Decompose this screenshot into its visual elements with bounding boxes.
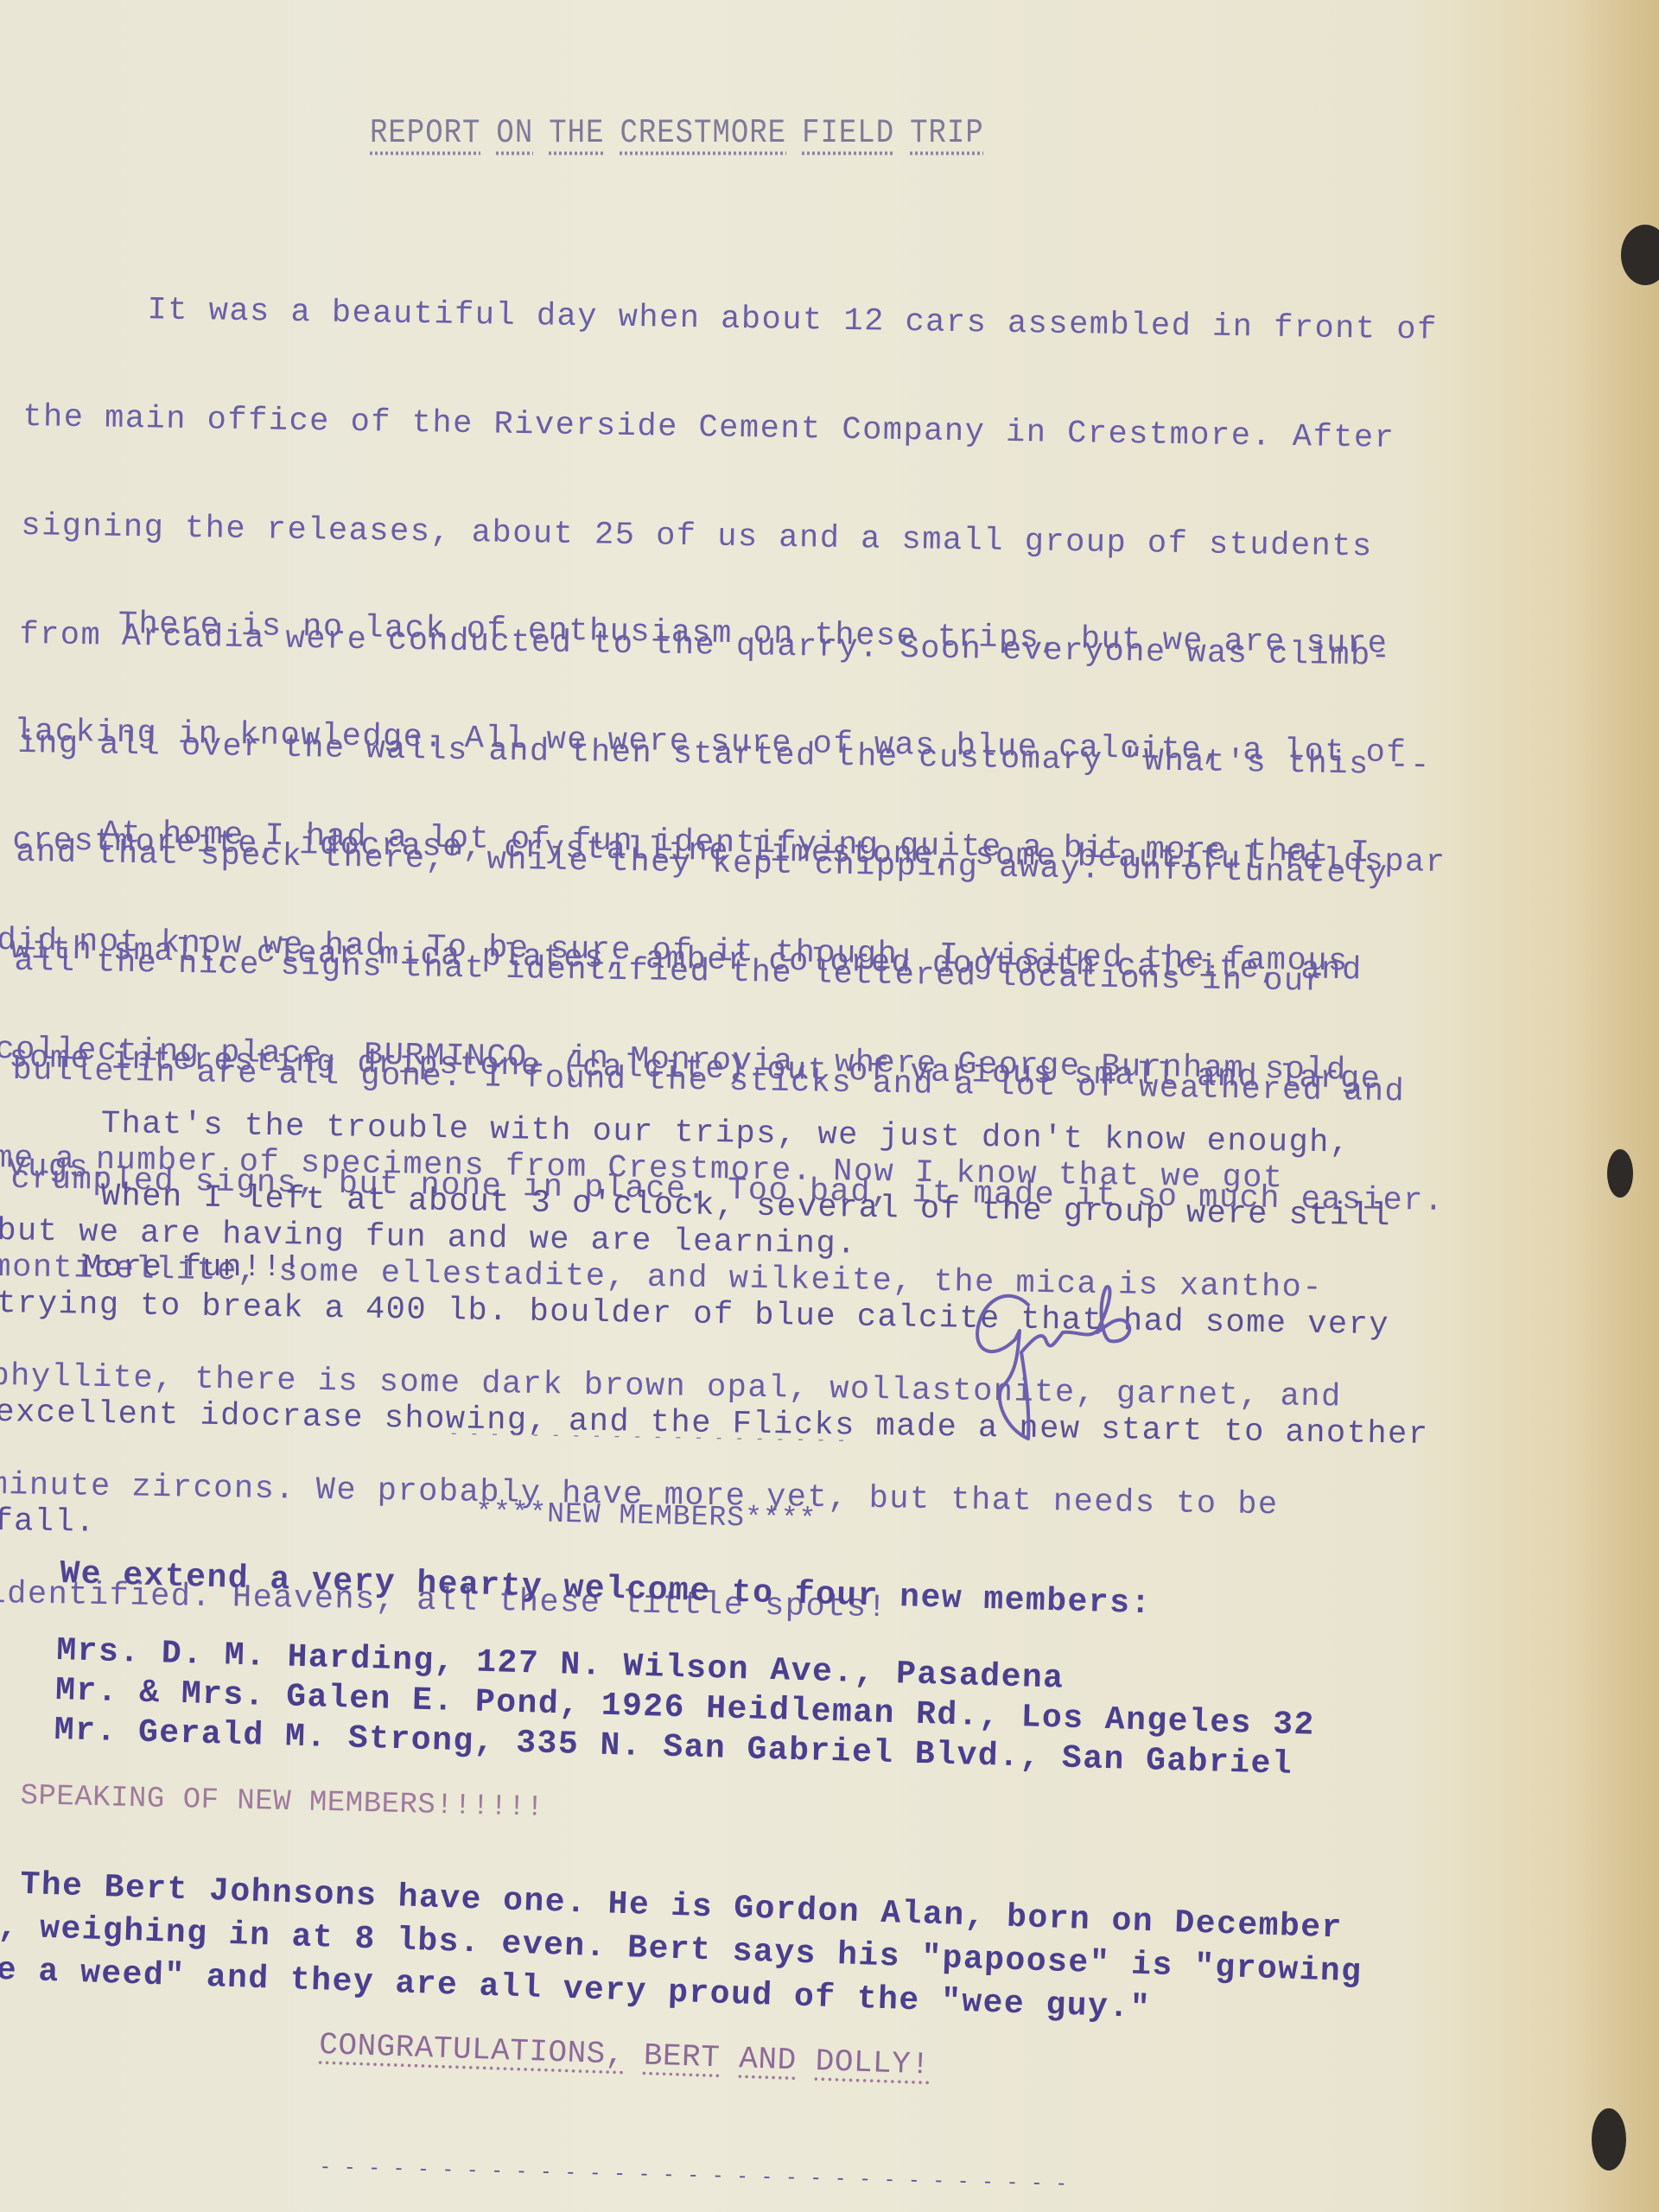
- paper-edge-shadow: [1581, 0, 1659, 2212]
- report-title: REPORTONTHECRESTMOREFIELDTRIP: [370, 115, 1000, 153]
- congrats-word: CONGRATULATIONS,: [319, 2027, 626, 2073]
- bottom-divider: - - - - - - - - - - - - - - - - - - - - …: [319, 2157, 1068, 2196]
- congratulations-line: CONGRATULATIONS, BERT AND DOLLY!: [319, 2027, 931, 2082]
- title-word: TRIP: [910, 115, 984, 153]
- handwritten-signature: [968, 1279, 1210, 1452]
- text-line: trying to break a 400 lb. boulder of blu…: [0, 1286, 1431, 1344]
- text-line: It was a beautiful day when about 12 car…: [24, 290, 1459, 349]
- title-word: FIELD: [802, 115, 894, 153]
- binder-hole: [1592, 2108, 1626, 2171]
- typed-document-page: REPORTONTHECRESTMOREFIELDTRIP It was a b…: [0, 0, 1659, 2212]
- congrats-word: AND: [739, 2041, 798, 2078]
- title-word: ON: [496, 115, 533, 153]
- title-word: CRESTMORE: [620, 115, 786, 153]
- text-line: There is no lack of enthusiasm on these …: [16, 605, 1450, 664]
- text-line: At home I had a lot of fun identifying q…: [0, 814, 1371, 872]
- sign-off: More fun!!!: [83, 1249, 302, 1285]
- title-word: THE: [549, 115, 604, 153]
- binder-hole: [1607, 1149, 1633, 1198]
- text-line: the main office of the Riverside Cement …: [22, 399, 1457, 458]
- paragraph-when-i-left: When I left at about 3 o'clock, several …: [0, 1104, 1433, 1635]
- text-line: did not know we had. To be sure of it th…: [0, 923, 1370, 981]
- birth-announcement: The Bert Johnsons have one. He is Gordon…: [0, 1863, 1364, 2037]
- title-word: REPORT: [370, 115, 480, 153]
- speaking-heading: SPEAKING OF NEW MEMBERS!!!!!!: [20, 1780, 544, 1825]
- text-line: When I left at about 3 o'clock, several …: [0, 1177, 1433, 1236]
- congrats-word: DOLLY!: [815, 2044, 931, 2082]
- congrats-word: BERT: [643, 2037, 721, 2075]
